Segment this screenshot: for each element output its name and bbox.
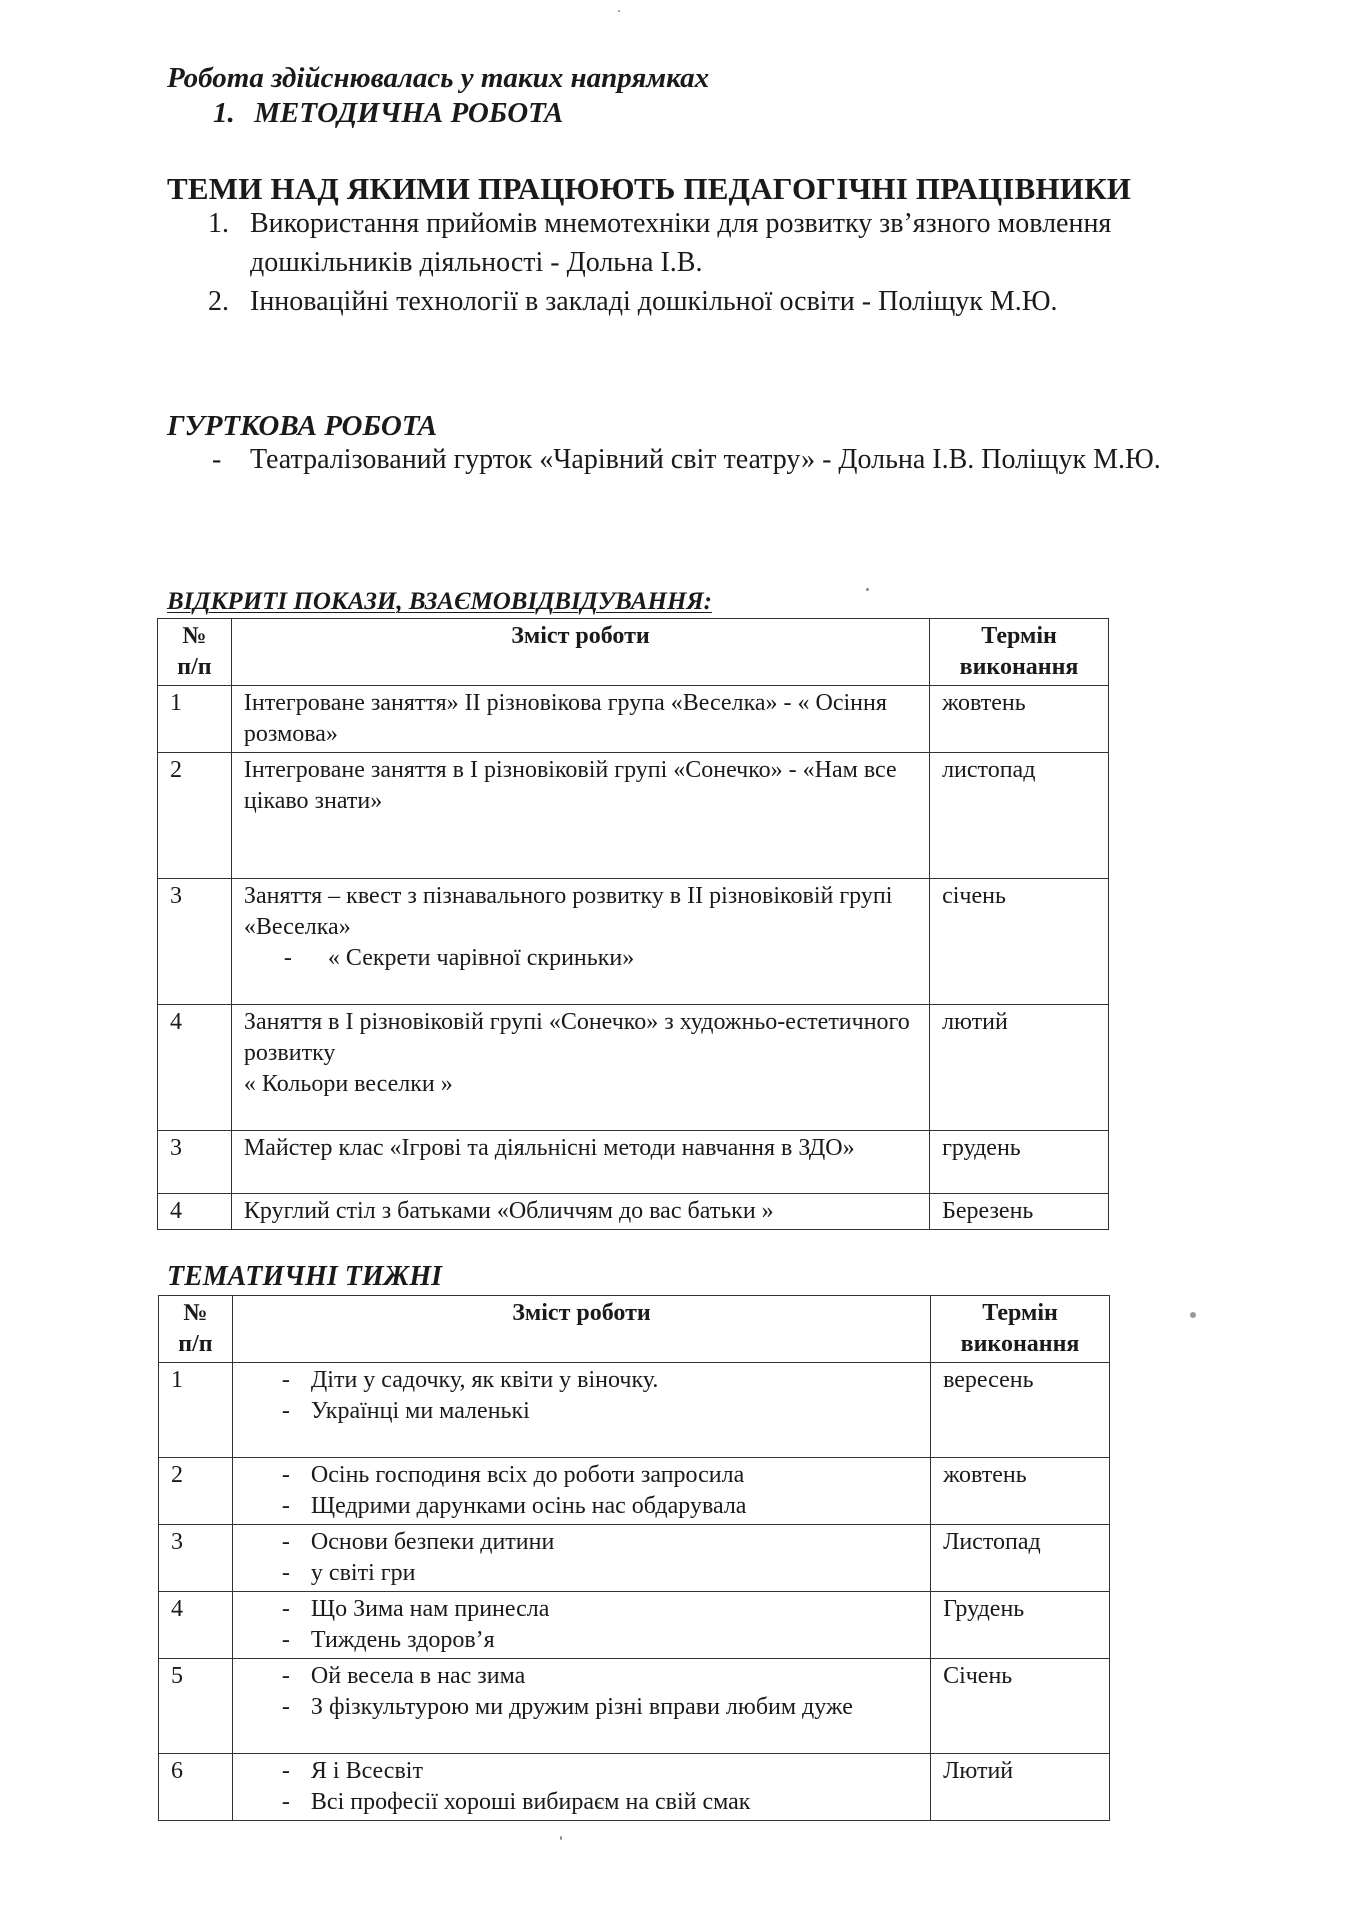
week-item-text: Тиждень здоров’я [311,1625,920,1656]
bullet-dash: - [261,1661,311,1692]
bullet-dash: - [261,1756,311,1787]
header-num: №п/п [159,1296,233,1363]
week-item-text: Я і Всесвіт [311,1756,920,1787]
header-content: Зміст роботи [231,619,929,686]
table-row: 4Круглий стіл з батьками «Обличчям до ва… [158,1194,1109,1230]
table-row: 3 Майстер клас «Ігрові та діяльнісні мет… [158,1131,1109,1194]
week-item-text: Що Зима нам принесла [311,1594,920,1625]
week-item: -Українці ми маленькі [261,1396,920,1427]
week-item: -З фізкультурою ми дружим різні вправи л… [261,1692,920,1723]
row-content: -Ой весела в нас зима-З фізкультурою ми … [232,1659,930,1754]
row-term: Листопад [931,1525,1110,1592]
row-content: Майстер клас «Ігрові та діяльнісні метод… [231,1131,929,1194]
table-row: 1Інтегроване заняття» ІІ різновікова гру… [158,686,1109,753]
week-item-text: у світі гри [311,1558,920,1589]
bullet-dash: - [261,1396,311,1427]
content-line: « Кольори веселки » [244,1069,919,1100]
week-item-text: Українці ми маленькі [311,1396,920,1427]
table-row: 3-Основи безпеки дитини-у світі гриЛисто… [159,1525,1110,1592]
table-row: 2Інтегроване заняття в І різновіковій гр… [158,753,1109,879]
table-row: 3Заняття – квест з пізнавального розвитк… [158,879,1109,1005]
bullet-dash: - [261,1787,311,1818]
content-line: Заняття в І різновіковій групі «Сонечко»… [244,1007,919,1069]
week-item: -Основи безпеки дитини [261,1527,920,1558]
row-number: 3 [158,879,232,1005]
row-number: 6 [159,1754,233,1821]
topic-item: 2. Інноваційні технології в закладі дошк… [208,282,1278,321]
circle-work-text: Театралізований гурток «Чарівний світ те… [250,440,1268,479]
row-content: Інтегроване заняття в І різновіковій гру… [231,753,929,879]
week-item: -Що Зима нам принесла [261,1594,920,1625]
week-item: -Тиждень здоров’я [261,1625,920,1656]
row-number: 5 [159,1659,233,1754]
intro-heading: Робота здійснювалась у таких напрямках [167,60,709,96]
content-line: Інтегроване заняття в І різновіковій гру… [244,755,919,817]
scan-speck [1190,1312,1196,1318]
row-number: 1 [159,1363,233,1458]
header-content: Зміст роботи [232,1296,930,1363]
bullet-dash: - [208,440,250,479]
row-number: 4 [158,1005,232,1131]
row-content: -Основи безпеки дитини-у світі гри [232,1525,930,1592]
topic-text: Інноваційні технології в закладі дошкіль… [250,282,1278,321]
content-line: Заняття – квест з пізнавального розвитку… [244,881,919,943]
row-term: жовтень [931,1458,1110,1525]
row-content: Заняття – квест з пізнавального розвитку… [231,879,929,1005]
subitem-text: « Секрети чарівної скриньки» [328,943,634,974]
row-number: 4 [159,1592,233,1659]
section-heading-methodical: 1. МЕТОДИЧНА РОБОТА [213,95,563,131]
row-content: -Діти у садочку, як квіти у віночку.-Укр… [232,1363,930,1458]
bullet-dash: - [284,943,328,974]
content-line: Інтегроване заняття» ІІ різновікова груп… [244,688,919,750]
week-item: -у світі гри [261,1558,920,1589]
row-content: Круглий стіл з батьками «Обличчям до вас… [231,1194,929,1230]
table-header-row: №п/п Зміст роботи Термінвиконання [159,1296,1110,1363]
bullet-dash: - [261,1692,311,1723]
section-number: 1. [213,95,247,131]
row-number: 1 [158,686,232,753]
row-content: -Що Зима нам принесла-Тиждень здоров’я [232,1592,930,1659]
table-row: 6-Я і Всесвіт-Всі професії хороші вибира… [159,1754,1110,1821]
open-shows-title: ВІДКРИТІ ПОКАЗИ, ВЗАЄМОВІДВІДУВАННЯ: [167,587,712,617]
bullet-dash: - [261,1460,311,1491]
row-number: 2 [158,753,232,879]
table-row: 1-Діти у садочку, як квіти у віночку.-Ук… [159,1363,1110,1458]
bullet-dash: - [261,1594,311,1625]
open-shows-table: №п/п Зміст роботи Термінвиконання 1Інтег… [157,618,1109,1230]
content-line: Круглий стіл з батьками «Обличчям до вас… [244,1196,919,1227]
week-item: -Ой весела в нас зима [261,1661,920,1692]
week-item-text: Основи безпеки дитини [311,1527,920,1558]
circle-work-heading: ГУРТКОВА РОБОТА [167,408,437,444]
row-term: Березень [930,1194,1109,1230]
table-row: 4Заняття в І різновіковій групі «Сонечко… [158,1005,1109,1131]
content-line: Майстер клас «Ігрові та діяльнісні метод… [244,1133,919,1164]
table-row: 5-Ой весела в нас зима-З фізкультурою ми… [159,1659,1110,1754]
week-item-text: Осінь господиня всіх до роботи запросила [311,1460,920,1491]
topic-number: 1. [208,204,250,282]
week-item: -Діти у садочку, як квіти у віночку. [261,1365,920,1396]
week-item: -Всі професії хороші вибираєм на свій см… [261,1787,920,1818]
row-number: 3 [159,1525,233,1592]
topic-number: 2. [208,282,250,321]
row-term: Лютий [931,1754,1110,1821]
scan-speck [618,10,620,12]
topic-item: 1. Використання прийомів мнемотехніки дл… [208,204,1278,282]
topics-list: 1. Використання прийомів мнемотехніки дл… [208,204,1278,321]
section-title: МЕТОДИЧНА РОБОТА [254,97,563,129]
row-term: січень [930,879,1109,1005]
topics-heading: ТЕМИ НАД ЯКИМИ ПРАЦЮЮТЬ ПЕДАГОГІЧНІ ПРАЦ… [167,170,1131,208]
week-item-text: Діти у садочку, як квіти у віночку. [311,1365,920,1396]
row-term: Січень [931,1659,1110,1754]
row-number: 2 [159,1458,233,1525]
bullet-dash: - [261,1558,311,1589]
table-row: 4-Що Зима нам принесла-Тиждень здоров’яГ… [159,1592,1110,1659]
row-content: Інтегроване заняття» ІІ різновікова груп… [231,686,929,753]
bullet-dash: - [261,1527,311,1558]
week-item-text: Ой весела в нас зима [311,1661,920,1692]
table-row: 2-Осінь господиня всіх до роботи запроси… [159,1458,1110,1525]
week-item-text: Всі професії хороші вибираєм на свій сма… [311,1787,920,1818]
row-content: -Я і Всесвіт-Всі професії хороші вибирає… [232,1754,930,1821]
bullet-dash: - [261,1625,311,1656]
row-term: Грудень [931,1592,1110,1659]
row-term: вересень [931,1363,1110,1458]
week-item: -Осінь господиня всіх до роботи запросил… [261,1460,920,1491]
row-number: 3 [158,1131,232,1194]
row-content: -Осінь господиня всіх до роботи запросил… [232,1458,930,1525]
row-term: жовтень [930,686,1109,753]
header-num: №п/п [158,619,232,686]
header-term: Термінвиконання [930,619,1109,686]
week-item-text: Щедрими дарунками осінь нас обдарувала [311,1491,920,1522]
header-term: Термінвиконання [931,1296,1110,1363]
thematic-weeks-title: ТЕМАТИЧНІ ТИЖНІ [167,1262,442,1292]
table-header-row: №п/п Зміст роботи Термінвиконання [158,619,1109,686]
row-number: 4 [158,1194,232,1230]
row-content: Заняття в І різновіковій групі «Сонечко»… [231,1005,929,1131]
content-subitem: -« Секрети чарівної скриньки» [244,943,919,974]
week-item: -Щедрими дарунками осінь нас обдарувала [261,1491,920,1522]
circle-work-item: - Театралізований гурток «Чарівний світ … [208,440,1268,479]
bullet-dash: - [261,1365,311,1396]
topic-text: Використання прийомів мнемотехніки для р… [250,204,1278,282]
scan-speck [866,588,869,591]
scan-speck [560,1836,562,1840]
bullet-dash: - [261,1491,311,1522]
week-item-text: З фізкультурою ми дружим різні вправи лю… [311,1692,920,1723]
week-item: -Я і Всесвіт [261,1756,920,1787]
row-term: листопад [930,753,1109,879]
thematic-weeks-table: №п/п Зміст роботи Термінвиконання 1-Діти… [158,1295,1110,1821]
row-term: грудень [930,1131,1109,1194]
row-term: лютий [930,1005,1109,1131]
